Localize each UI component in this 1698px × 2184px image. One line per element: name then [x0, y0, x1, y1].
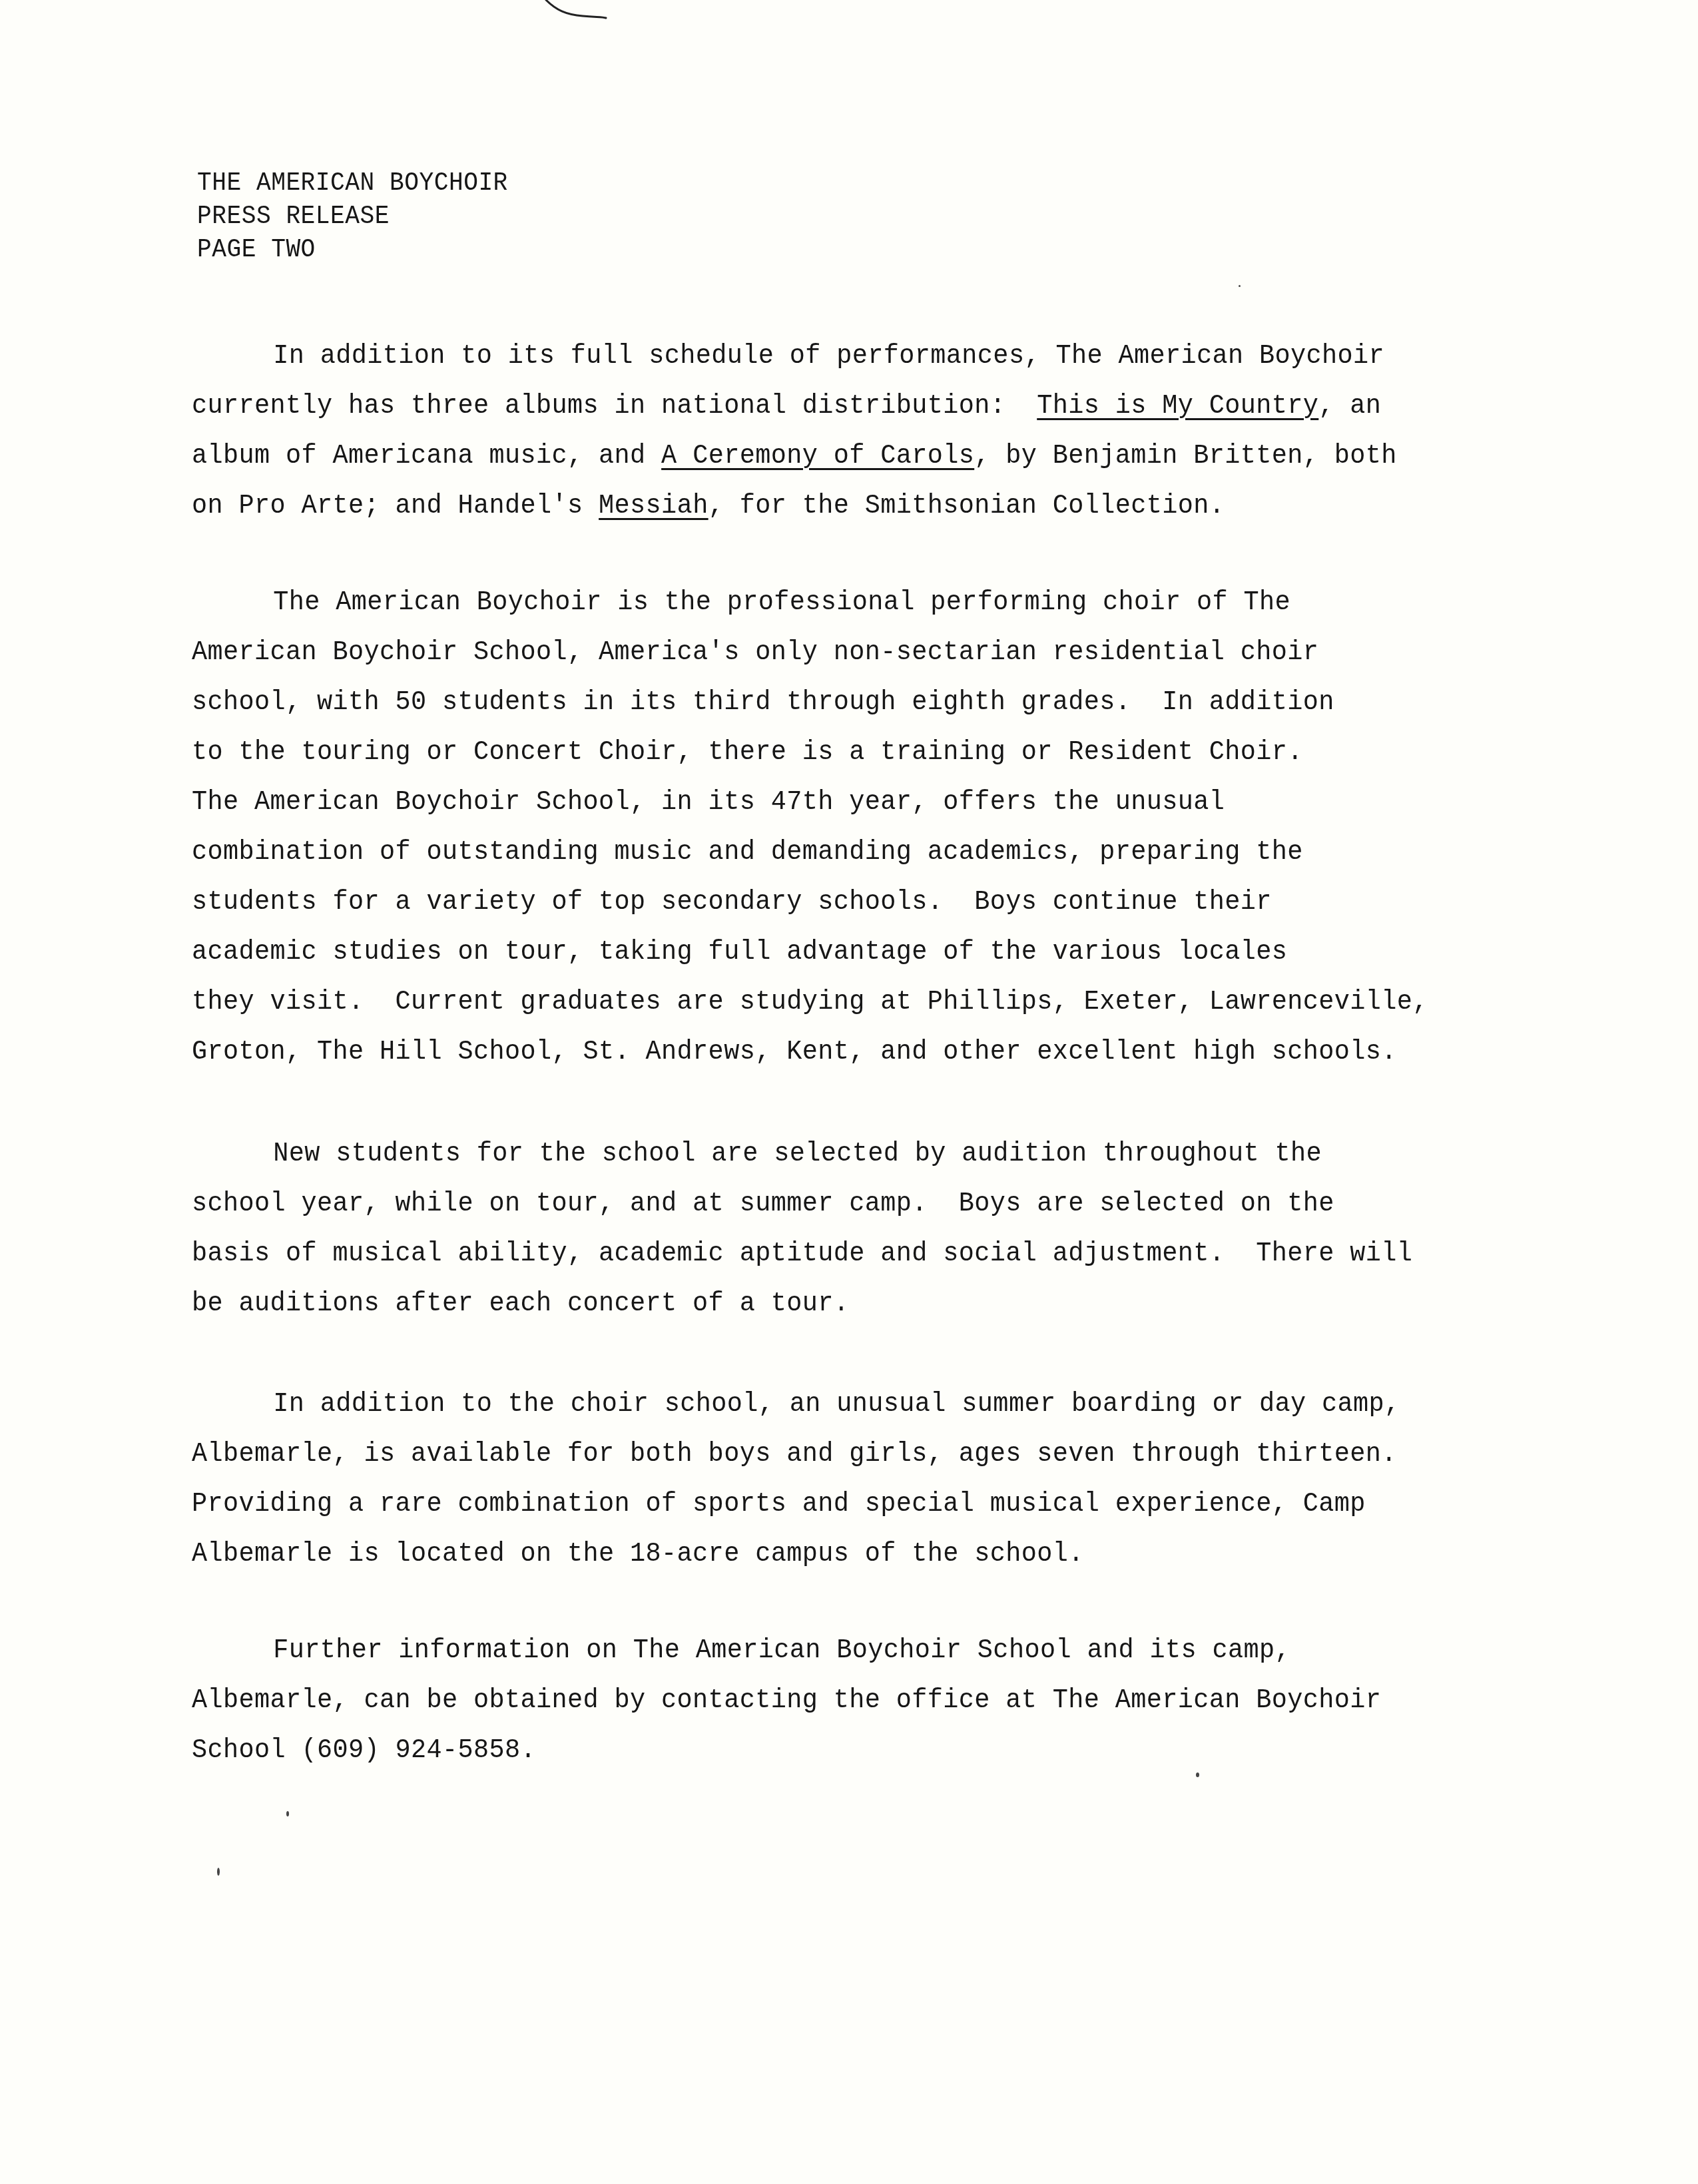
text-run: In addition to the choir school, an unus…: [273, 1389, 1400, 1420]
scan-speck: [1239, 285, 1241, 287]
text-run: school year, while on tour, and at summe…: [192, 1189, 1334, 1219]
text-line: Providing a rare combination of sports a…: [192, 1480, 1506, 1529]
paragraph-auditions: New students for the school are selected…: [192, 1129, 1590, 1329]
text-line: In addition to its full schedule of perf…: [192, 332, 1506, 382]
text-line: combination of outstanding music and dem…: [192, 828, 1506, 878]
text-line: Albemarle, is available for both boys an…: [192, 1430, 1506, 1480]
text-run: Albemarle, is available for both boys an…: [192, 1439, 1397, 1470]
text-run: In addition to its full schedule of perf…: [273, 341, 1384, 372]
text-line: school, with 50 students in its third th…: [192, 678, 1506, 728]
scan-speck: [217, 1868, 220, 1876]
text-line: Albemarle, can be obtained by contacting…: [192, 1676, 1506, 1726]
text-line: school year, while on tour, and at summe…: [192, 1179, 1506, 1229]
album-title: Messiah: [599, 491, 708, 521]
paragraph-about-choir: The American Boychoir is the professiona…: [192, 578, 1590, 1077]
text-run: Further information on The American Boyc…: [273, 1635, 1290, 1666]
text-run: album of Americana music, and: [192, 441, 661, 471]
text-line: The American Boychoir is the professiona…: [192, 578, 1506, 628]
paragraph-albums: In addition to its full schedule of perf…: [192, 332, 1590, 531]
text-run: School (609) 924-5858.: [192, 1735, 536, 1766]
header-page-number: PAGE TWO: [197, 233, 508, 266]
text-line: School (609) 924-5858.: [192, 1726, 1506, 1776]
text-run: on Pro Arte; and Handel's: [192, 491, 599, 521]
text-run: to the touring or Concert Choir, there i…: [192, 737, 1303, 768]
header-organization: THE AMERICAN BOYCHOIR: [197, 166, 508, 200]
text-run: combination of outstanding music and dem…: [192, 837, 1303, 868]
document-page: THE AMERICAN BOYCHOIR PRESS RELEASE PAGE…: [0, 0, 1698, 2184]
text-line: to the touring or Concert Choir, there i…: [192, 728, 1506, 778]
text-run: currently has three albums in national d…: [192, 391, 1037, 421]
text-run: Albemarle is located on the 18-acre camp…: [192, 1539, 1084, 1569]
scan-speck: [1196, 1773, 1199, 1777]
pen-mark: [466, 0, 666, 40]
text-run: The American Boychoir is the professiona…: [273, 587, 1290, 618]
text-run: , for the Smithsonian Collection.: [708, 491, 1225, 521]
text-run: basis of musical ability, academic aptit…: [192, 1238, 1412, 1269]
text-run: school, with 50 students in its third th…: [192, 687, 1334, 718]
text-line: on Pro Arte; and Handel's Messiah, for t…: [192, 481, 1506, 531]
text-line: album of Americana music, and A Ceremony…: [192, 431, 1506, 481]
paragraph-contact-info: Further information on The American Boyc…: [192, 1626, 1590, 1776]
text-run: Providing a rare combination of sports a…: [192, 1489, 1366, 1519]
text-run: New students for the school are selected…: [273, 1139, 1322, 1169]
text-run: , by Benjamin Britten, both: [974, 441, 1397, 471]
paragraph-summer-camp: In addition to the choir school, an unus…: [192, 1380, 1590, 1579]
album-title: A Ceremony of Carols: [661, 441, 974, 471]
text-line: academic studies on tour, taking full ad…: [192, 928, 1506, 977]
press-release-header: THE AMERICAN BOYCHOIR PRESS RELEASE PAGE…: [197, 166, 508, 266]
text-line: New students for the school are selected…: [192, 1129, 1506, 1179]
text-run: , an: [1318, 391, 1381, 421]
text-run: academic studies on tour, taking full ad…: [192, 937, 1287, 967]
text-run: American Boychoir School, America's only…: [192, 637, 1318, 668]
text-line: In addition to the choir school, an unus…: [192, 1380, 1506, 1430]
text-run: Albemarle, can be obtained by contacting…: [192, 1685, 1381, 1716]
text-run: The American Boychoir School, in its 47t…: [192, 787, 1225, 818]
text-line: currently has three albums in national d…: [192, 382, 1506, 431]
album-title: This is My Country: [1037, 391, 1318, 421]
text-run: they visit. Current graduates are studyi…: [192, 987, 1428, 1017]
header-document-type: PRESS RELEASE: [197, 200, 508, 233]
scan-speck: [286, 1811, 289, 1816]
text-line: American Boychoir School, America's only…: [192, 628, 1506, 678]
text-line: Groton, The Hill School, St. Andrews, Ke…: [192, 1027, 1506, 1077]
text-line: they visit. Current graduates are studyi…: [192, 977, 1506, 1027]
text-run: students for a variety of top secondary …: [192, 887, 1272, 918]
text-line: Albemarle is located on the 18-acre camp…: [192, 1529, 1506, 1579]
text-line: The American Boychoir School, in its 47t…: [192, 778, 1506, 828]
text-line: be auditions after each concert of a tou…: [192, 1279, 1506, 1329]
text-line: basis of musical ability, academic aptit…: [192, 1229, 1506, 1279]
text-line: students for a variety of top secondary …: [192, 878, 1506, 928]
text-line: Further information on The American Boyc…: [192, 1626, 1506, 1676]
text-run: be auditions after each concert of a tou…: [192, 1288, 849, 1319]
text-run: Groton, The Hill School, St. Andrews, Ke…: [192, 1037, 1397, 1067]
